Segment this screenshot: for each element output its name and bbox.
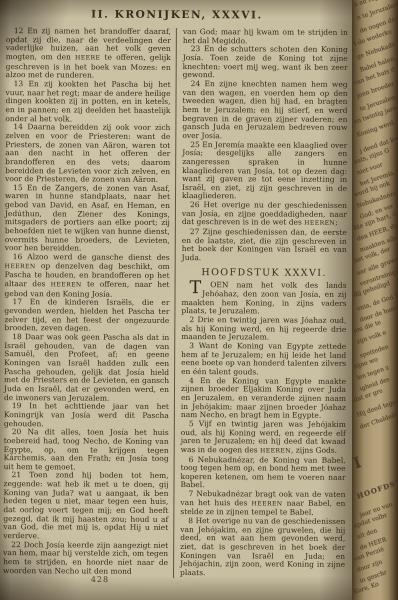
verse-paragraph: 20 Na dit alles, toen Josía het huis toe… [4, 428, 169, 472]
verse-paragraph: 13 En zij kookten het Pascha bij het vuu… [5, 80, 170, 124]
verse-paragraph: 17 En de kinderen Israëls, die er gevond… [4, 298, 169, 333]
divine-name-smallcaps: HEEREN [51, 281, 82, 288]
divine-name-smallcaps: HEEREN [5, 263, 36, 270]
verse-paragraph: 5 Vijf en twintig jaren was Jehójakim ou… [181, 420, 346, 456]
adjacent-page-edge: n en regeerden te Jeruzalemde oogen dest… [352, 0, 398, 600]
edge-text-fragment: HOOFDSTUK [356, 472, 398, 500]
verse-paragraph: van God; maar hij kwam om te strijden in… [183, 28, 348, 46]
verse-paragraph: 15 En de Zangers, de zonen van Asaf, war… [5, 184, 170, 254]
text-column-left: 12 En zij namen het brandoffer daaraf, o… [3, 27, 176, 578]
divine-name-smallcaps: HEEREN [260, 447, 291, 454]
verse-paragraph: 14 Daarna bereidden zij ook voor zich ze… [5, 123, 170, 184]
page-number: 428 [76, 575, 124, 584]
verse-paragraph: 8 Het overige nu van de geschiedenissen … [180, 517, 345, 578]
divine-name-smallcaps: HEERE [75, 54, 100, 61]
verse-paragraph: 21 Toen zond hij boden tot hem, zeggende… [3, 472, 168, 542]
running-head: II. KRONIJKEN, XXXVI. [6, 8, 348, 22]
divine-name-smallcaps: HEEREN [252, 500, 283, 507]
verse-paragraph: 6 Nebukadnézar, de Koning van Babel, too… [180, 456, 345, 491]
verse-paragraph: 27 Zijne geschiedenissen dan, de eerste … [182, 228, 347, 263]
verse-paragraph: 18 Daar was ook geen Pascha als dat in I… [4, 333, 169, 403]
book-photo: II. KRONIJKEN, XXXVI. 12 En zij namen he… [0, 0, 398, 600]
verse-paragraph: 16 Alzoo werd de gansche dienst des HEER… [4, 253, 169, 299]
text-columns: 12 En zij namen het brandoffer daaraf, o… [3, 27, 348, 578]
verse-paragraph: 12 En zij namen het brandoffer daaraf, o… [6, 27, 171, 81]
verse-paragraph: 23 En de schutters schoten den Koning Jo… [183, 45, 348, 80]
verse-paragraph: 3 Want de Koning van Egypte zettede hem … [181, 342, 346, 377]
verse-paragraph: TOEN nam het volk des lands Jehóahaz, de… [181, 281, 346, 316]
verse-paragraph: 26 Het overige nu der geschiedenissen va… [182, 201, 347, 229]
divine-name-smallcaps: HEEREN [304, 220, 335, 227]
verse-paragraph: 2 Drie en twintig jaren was Jóahaz oud, … [181, 316, 346, 343]
verse-paragraph: 24 En zijne knechten namen hem weg van d… [182, 80, 347, 141]
verse-paragraph: 4 En de Koning van Egypte maakte zijnen … [181, 377, 346, 421]
drop-cap: T [181, 281, 202, 296]
verse-paragraph: 25 En Jeremía maakte een klaaglied over … [182, 141, 347, 202]
verse-paragraph: 7 Nebukadnézar bragt ook van de vaten va… [180, 490, 345, 518]
verse-paragraph: 19 In het achttiende jaar van het Koning… [4, 402, 169, 429]
edge-text-fragment: I [352, 453, 364, 472]
bible-page: II. KRONIJKEN, XXXVI. 12 En zij namen he… [0, 0, 355, 600]
text-column-right: van God; maar hij kwam om te strijden in… [173, 28, 348, 579]
page-content: II. KRONIJKEN, XXXVI. 12 En zij namen he… [3, 8, 348, 578]
chapter-heading: HOOFDSTUK XXXVI. [182, 269, 347, 279]
verse-paragraph: 22 Doch Josía keerde zijn aangezigt niet… [3, 541, 168, 576]
